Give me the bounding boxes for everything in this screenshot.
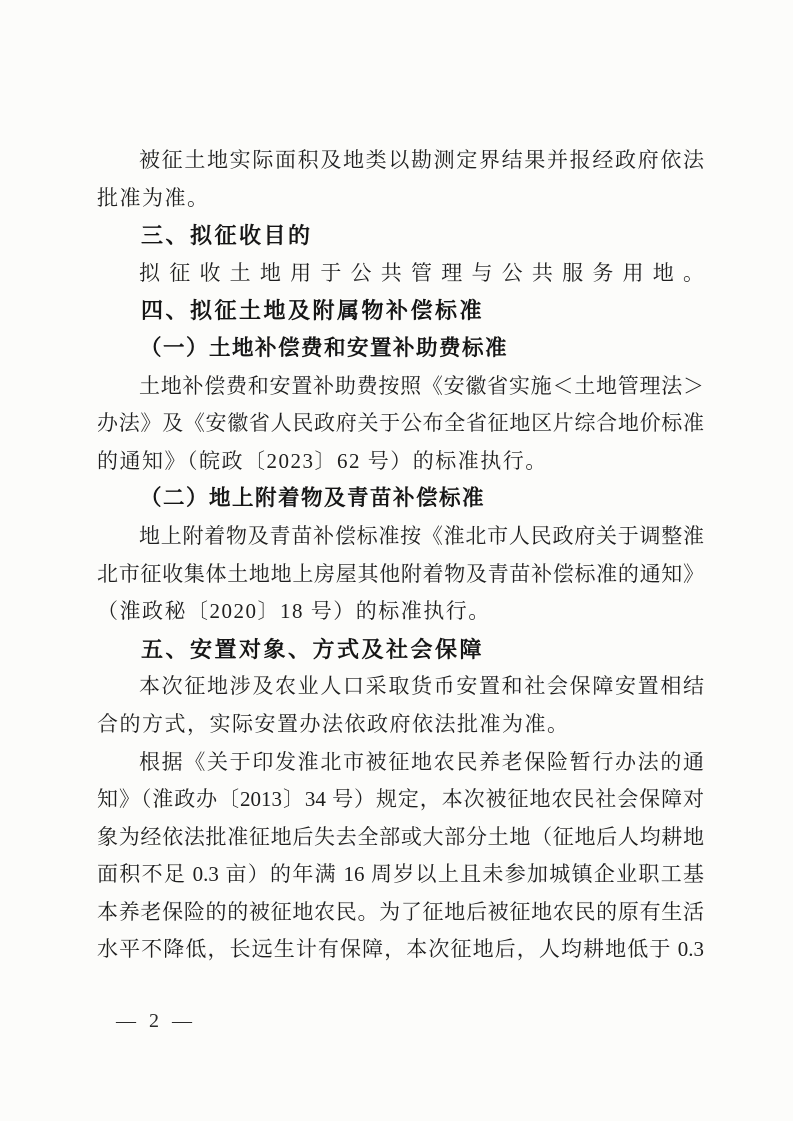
body-line: 本养老保险的的被征地农民。为了征地后被征地农民的原有生活: [97, 894, 704, 932]
body-line: 地上附着物及青苗补偿标准按《淮北市人民政府关于调整淮: [97, 518, 704, 556]
body-line: 面积不足 0.3 亩）的年满 16 周岁以上且未参加城镇企业职工基: [97, 856, 704, 894]
body-line: 根据《关于印发淮北市被征地农民养老保险暂行办法的通: [97, 744, 704, 782]
body-line: （淮政秘〔2020〕18 号）的标准执行。: [97, 593, 704, 631]
body-line: 批准为准。: [97, 180, 704, 218]
section-heading-5: 五、安置对象、方式及社会保障: [97, 631, 704, 669]
body-line: 水平不降低，长远生计有保障，本次征地后，人均耕地低于 0.3: [97, 931, 704, 969]
document-page: 被征土地实际面积及地类以勘测定界结果并报经政府依法 批准为准。 三、拟征收目的 …: [0, 0, 793, 1121]
body-line: 的通知》（皖政〔2023〕62 号）的标准执行。: [97, 443, 704, 481]
subsection-heading-2: （二）地上附着物及青苗补偿标准: [97, 480, 704, 518]
body-line: 本次征地涉及农业人口采取货币安置和社会保障安置相结: [97, 668, 704, 706]
body-line: 被征土地实际面积及地类以勘测定界结果并报经政府依法: [97, 142, 704, 180]
body-line: 拟征收土地用于公共管理与公共服务用地。: [97, 255, 704, 293]
document-body: 被征土地实际面积及地类以勘测定界结果并报经政府依法 批准为准。 三、拟征收目的 …: [97, 142, 704, 969]
section-heading-4: 四、拟征土地及附属物补偿标准: [97, 292, 704, 330]
body-line: 知》（淮政办〔2013〕34 号）规定，本次被征地农民社会保障对: [97, 781, 704, 819]
page-number: — 2 —: [116, 1003, 193, 1040]
section-heading-3: 三、拟征收目的: [97, 217, 704, 255]
body-line: 办法》及《安徽省人民政府关于公布全省征地区片综合地价标准: [97, 405, 704, 443]
subsection-heading-1: （一）土地补偿费和安置补助费标准: [97, 330, 704, 368]
body-line: 象为经依法批准征地后失去全部或大部分土地（征地后人均耕地: [97, 819, 704, 857]
body-line: 土地补偿费和安置补助费按照《安徽省实施＜土地管理法＞: [97, 368, 704, 406]
body-line: 北市征收集体土地地上房屋其他附着物及青苗补偿标准的通知》: [97, 556, 704, 594]
body-line: 合的方式，实际安置办法依政府依法批准为准。: [97, 706, 704, 744]
